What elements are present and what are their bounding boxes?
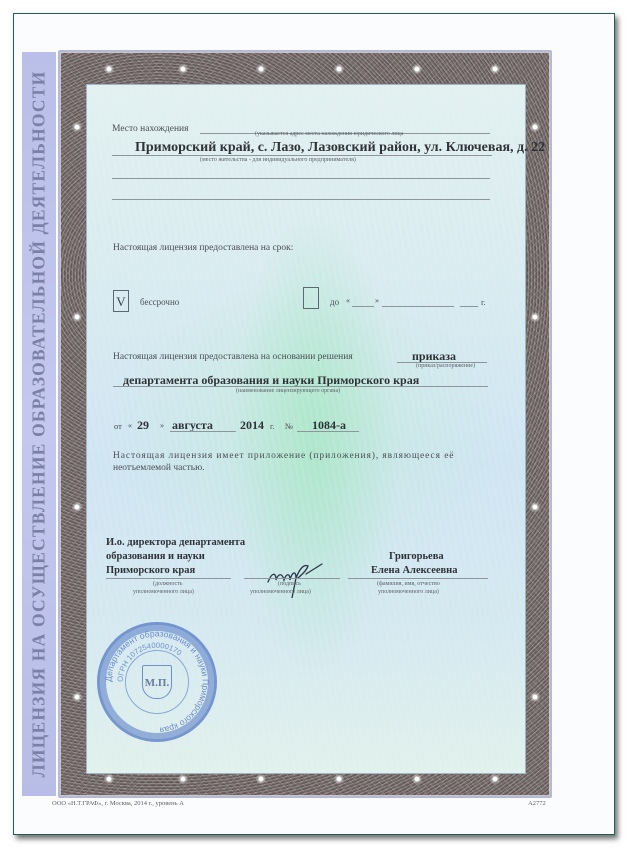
ornament-star-icon — [256, 64, 266, 74]
date-day: 29 — [137, 418, 149, 433]
until-open-quote: « — [346, 296, 350, 305]
ornament-star-icon — [490, 64, 500, 74]
location-hint-legal: (указывается адрес места нахождения юрид… — [255, 131, 403, 137]
date-year: 2014 — [240, 418, 264, 433]
unlimited-label: бессрочно — [140, 297, 179, 307]
side-band: ЛИЦЕНЗИЯ НА ОСУЩЕСТВЛЕНИЕ ОБРАЗОВАТЕЛЬНО… — [22, 52, 56, 796]
name-hint-line1: (фамилия, имя, отчество — [377, 581, 440, 587]
signatory-position-line3: Приморского края — [106, 565, 195, 576]
name-hint-line2: уполномоченного лица) — [378, 589, 439, 595]
ornament-star-icon — [178, 774, 188, 784]
signatory-position-line1: И.о. директора департамента — [106, 537, 245, 548]
ornament-star-icon — [72, 312, 82, 322]
location-label: Место нахождения — [112, 124, 189, 134]
ornament-star-icon — [256, 774, 266, 784]
ornament-star-icon — [530, 502, 540, 512]
ornament-star-icon — [104, 774, 114, 784]
basis-label: Настоящая лицензия предоставлена на осно… — [113, 352, 353, 362]
official-seal: Департамент образования и науки Приморск… — [97, 622, 217, 742]
unlimited-checkbox[interactable]: V — [113, 290, 129, 312]
ornament-star-icon — [72, 122, 82, 132]
signature-hint-line1: (подпись — [278, 581, 301, 587]
number-label: № — [285, 421, 293, 431]
ornament-star-icon — [104, 64, 114, 74]
printer-imprint: ООО «Н.Т.ГРАФ», г. Москва, 2014 г., уров… — [52, 800, 184, 807]
location-value: Приморский край, с. Лазо, Лазовский райо… — [135, 140, 545, 156]
ornament-star-icon — [530, 692, 540, 702]
until-date-checkbox[interactable] — [303, 287, 319, 309]
ornament-star-icon — [412, 64, 422, 74]
date-open-quote: « — [128, 421, 132, 430]
position-hint-line1: (должность — [153, 581, 183, 587]
signatory-position-line2: образования и науки — [106, 551, 205, 562]
until-year-suffix: г. — [481, 297, 486, 307]
authority-hint: (наименование лицензирующего органа) — [236, 388, 340, 394]
ornament-star-icon — [334, 64, 344, 74]
ornament-star-icon — [178, 64, 188, 74]
checkmark-icon: V — [114, 294, 128, 310]
ornament-star-icon — [530, 122, 540, 132]
position-hint-line2: уполномоченного лица) — [133, 589, 194, 595]
location-hint-individual: (место жительства - для индивидуального … — [200, 157, 356, 163]
form-code: А2772 — [528, 800, 546, 807]
date-year-suffix: г. — [270, 422, 274, 431]
ornament-star-icon — [72, 692, 82, 702]
appendix-note-line1: Настоящая лицензия имеет приложение (при… — [113, 451, 454, 461]
decision-type-hint: (приказ/распоряжение) — [416, 363, 475, 369]
signatory-given-names: Елена Алексеевна — [371, 565, 457, 576]
term-label: Настоящая лицензия предоставлена на срок… — [113, 243, 293, 253]
until-close-quote: » — [375, 296, 379, 305]
until-label: до — [330, 297, 339, 307]
side-band-title: ЛИЦЕНЗИЯ НА ОСУЩЕСТВЛЕНИЕ ОБРАЗОВАТЕЛЬНО… — [29, 71, 50, 778]
date-close-quote: » — [160, 421, 164, 430]
signature-hint-line2: уполномоченного лица) — [250, 589, 311, 595]
ornament-star-icon — [334, 774, 344, 784]
signatory-surname: Григорьева — [389, 551, 444, 562]
ornament-star-icon — [490, 774, 500, 784]
appendix-note-line2: неотъемлемой частью. — [113, 463, 205, 473]
ornament-star-icon — [412, 774, 422, 784]
seal-center-text: М.П. — [145, 677, 169, 689]
ornament-star-icon — [530, 312, 540, 322]
ornament-star-icon — [72, 502, 82, 512]
date-prefix: от — [114, 421, 122, 431]
